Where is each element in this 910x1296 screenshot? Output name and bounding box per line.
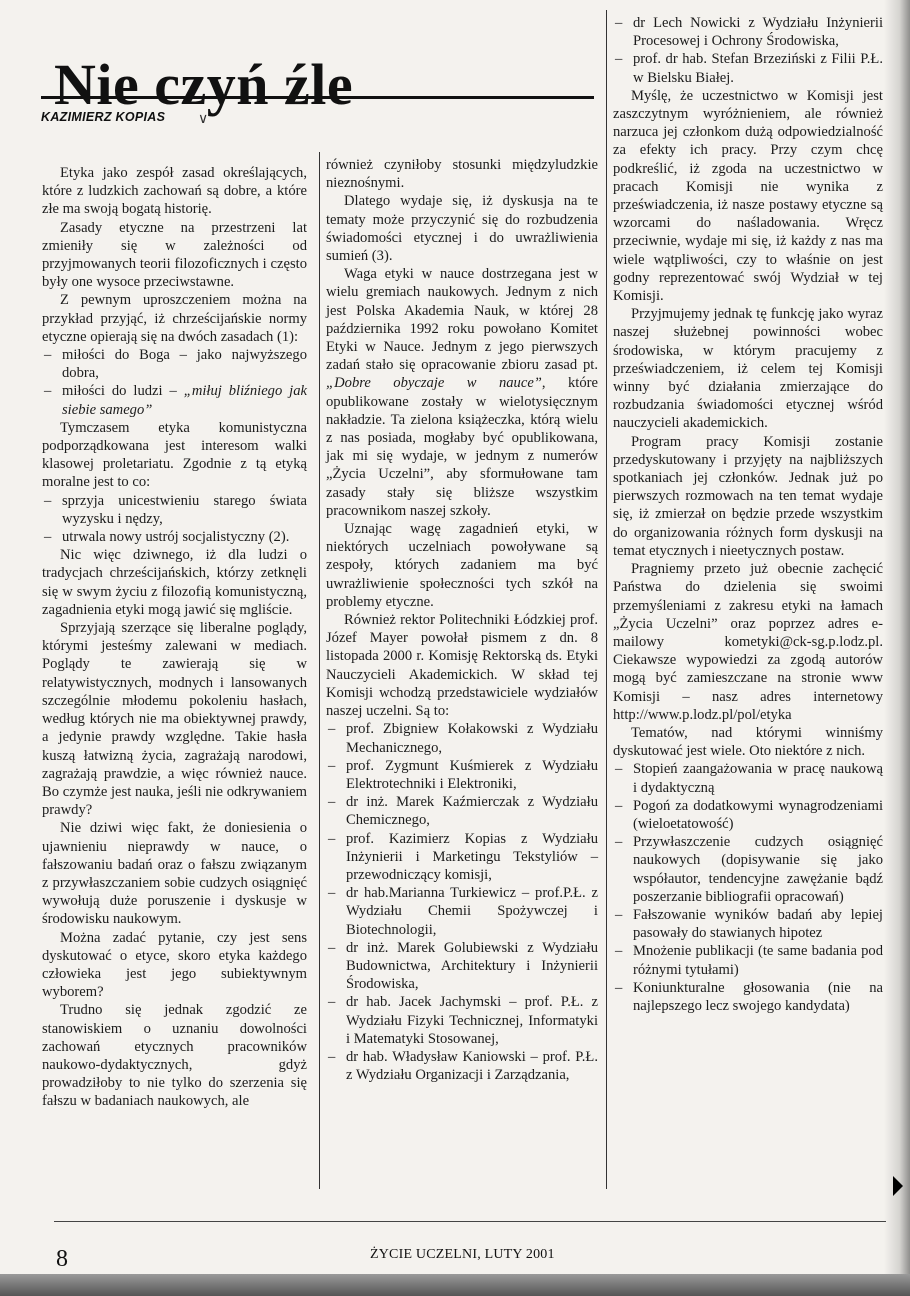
article-title: Nie czyń źle: [54, 53, 353, 117]
list-item: Stopień zaangażowania w pracę naukową i …: [613, 760, 883, 796]
paragraph: Można zadać pytanie, czy jest sens dysku…: [42, 929, 307, 1002]
article-author: KAZIMIERZ KOPIAS: [41, 110, 165, 124]
list-item: prof. Kazimierz Kopias z Wydziału Inżyni…: [326, 830, 598, 885]
paragraph: Tematów, nad którymi winniśmy dyskutować…: [613, 724, 883, 760]
footer-rule: [54, 1221, 886, 1222]
list-item: prof. Zygmunt Kuśmierek z Wydziału Elekt…: [326, 757, 598, 793]
column-3: dr Lech Nowicki z Wydziału Inżynierii Pr…: [613, 14, 883, 1015]
list-item: dr hab. Władysław Kaniowski – prof. P.Ł.…: [326, 1048, 598, 1084]
list-item: Pogoń za dodatkowymi wynagrodzeniami (wi…: [613, 797, 883, 833]
list-item-text: miłości do ludzi –: [62, 383, 184, 399]
list-item: dr hab.Marianna Turkiewicz – prof.P.Ł. z…: [326, 884, 598, 939]
paragraph: Przyjmujemy jednak tę funkcję jako wyraz…: [613, 305, 883, 432]
paragraph: Tymczasem etyka komunistyczna podporządk…: [42, 419, 307, 492]
column-divider-1: [319, 152, 320, 1189]
list-item: dr hab. Jacek Jachymski – prof. P.Ł. z W…: [326, 993, 598, 1048]
list-item: sprzyja unicestwieniu starego świata wyz…: [42, 492, 307, 528]
column-1: Etyka jako zespół zasad określających, k…: [42, 164, 307, 1111]
paragraph: Waga etyki w nauce dostrzegana jest w wi…: [326, 265, 598, 520]
christian-principles-list: miłości do Boga – jako najwyższego dobra…: [42, 346, 307, 419]
list-item: Mnożenie publikacji (te same badania pod…: [613, 942, 883, 978]
list-item: prof. dr hab. Stefan Brzeziński z Filii …: [613, 50, 883, 86]
paragraph-text: Waga etyki w nauce dostrzegana jest w wi…: [326, 266, 598, 373]
list-item: Fałszowanie wyników badań aby lepiej pas…: [613, 906, 883, 942]
committee-members-list: prof. Zbigniew Kołakowski z Wydziału Mec…: [326, 720, 598, 1084]
paragraph: Nic więc dziwnego, iż dla ludzi o tradyc…: [42, 546, 307, 619]
scan-bottom-edge: [0, 1274, 910, 1296]
list-item: miłości do ludzi – „miłuj bliźniego jak …: [42, 382, 307, 418]
paragraph: Trudno się jednak zgodzić ze stanowiskie…: [42, 1001, 307, 1110]
committee-members-list-continued: dr Lech Nowicki z Wydziału Inżynierii Pr…: [613, 14, 883, 87]
list-item: dr inż. Marek Golubiewski z Wydziału Bud…: [326, 939, 598, 994]
column-2: również czyniłoby stosunki międzyludzkie…: [326, 156, 598, 1084]
paragraph: Nie dziwi więc fakt, że doniesienia o uj…: [42, 819, 307, 928]
list-item: miłości do Boga – jako najwyższego dobra…: [42, 346, 307, 382]
list-item: dr inż. Marek Kaźmierczak z Wydziału Che…: [326, 793, 598, 829]
list-item: prof. Zbigniew Kołakowski z Wydziału Mec…: [326, 720, 598, 756]
handwritten-mark: ∨: [198, 110, 208, 127]
column-divider-2: [606, 10, 607, 1189]
book-title: „Dobre obyczaje w nauce”: [326, 375, 542, 391]
paragraph-text: , które opublikowane zostały w wielotysi…: [326, 375, 598, 518]
list-item: utrwala nowy ustrój socjalistyczny (2).: [42, 528, 307, 546]
paragraph: również czyniłoby stosunki międzyludzkie…: [326, 156, 598, 192]
publication-footer: ŻYCIE UCZELNI, LUTY 2001: [370, 1247, 555, 1263]
paragraph: Myślę, że uczestnictwo w Komisji jest za…: [613, 87, 883, 305]
paragraph: Również rektor Politechniki Łódzkiej pro…: [326, 611, 598, 720]
list-item: Koniunkturalne głosowania (nie na najlep…: [613, 979, 883, 1015]
paragraph: Dlatego wydaje się, iż dyskusja na te te…: [326, 192, 598, 265]
paragraph: Z pewnym uproszczeniem można na przykład…: [42, 291, 307, 346]
list-item: Przywłaszczenie cudzych osiągnięć naukow…: [613, 833, 883, 906]
paragraph: Pragniemy przeto już obecnie zachęcić Pa…: [613, 560, 883, 724]
page-edge-shadow: [884, 0, 910, 1296]
paragraph: Sprzyjają szerzące się liberalne poglądy…: [42, 619, 307, 819]
communist-principles-list: sprzyja unicestwieniu starego świata wyz…: [42, 492, 307, 547]
discussion-topics-list: Stopień zaangażowania w pracę naukową i …: [613, 760, 883, 1015]
page-number: 8: [56, 1246, 68, 1273]
paragraph: Uznając wagę zagadnień etyki, w niektóry…: [326, 520, 598, 611]
continue-arrow-icon: [893, 1176, 903, 1196]
paragraph: Etyka jako zespół zasad określających, k…: [42, 164, 307, 219]
list-item: dr Lech Nowicki z Wydziału Inżynierii Pr…: [613, 14, 883, 50]
paragraph: Program pracy Komisji zostanie przedysku…: [613, 433, 883, 560]
title-rule: [41, 96, 594, 99]
paragraph: Zasady etyczne na przestrzeni lat zmieni…: [42, 219, 307, 292]
